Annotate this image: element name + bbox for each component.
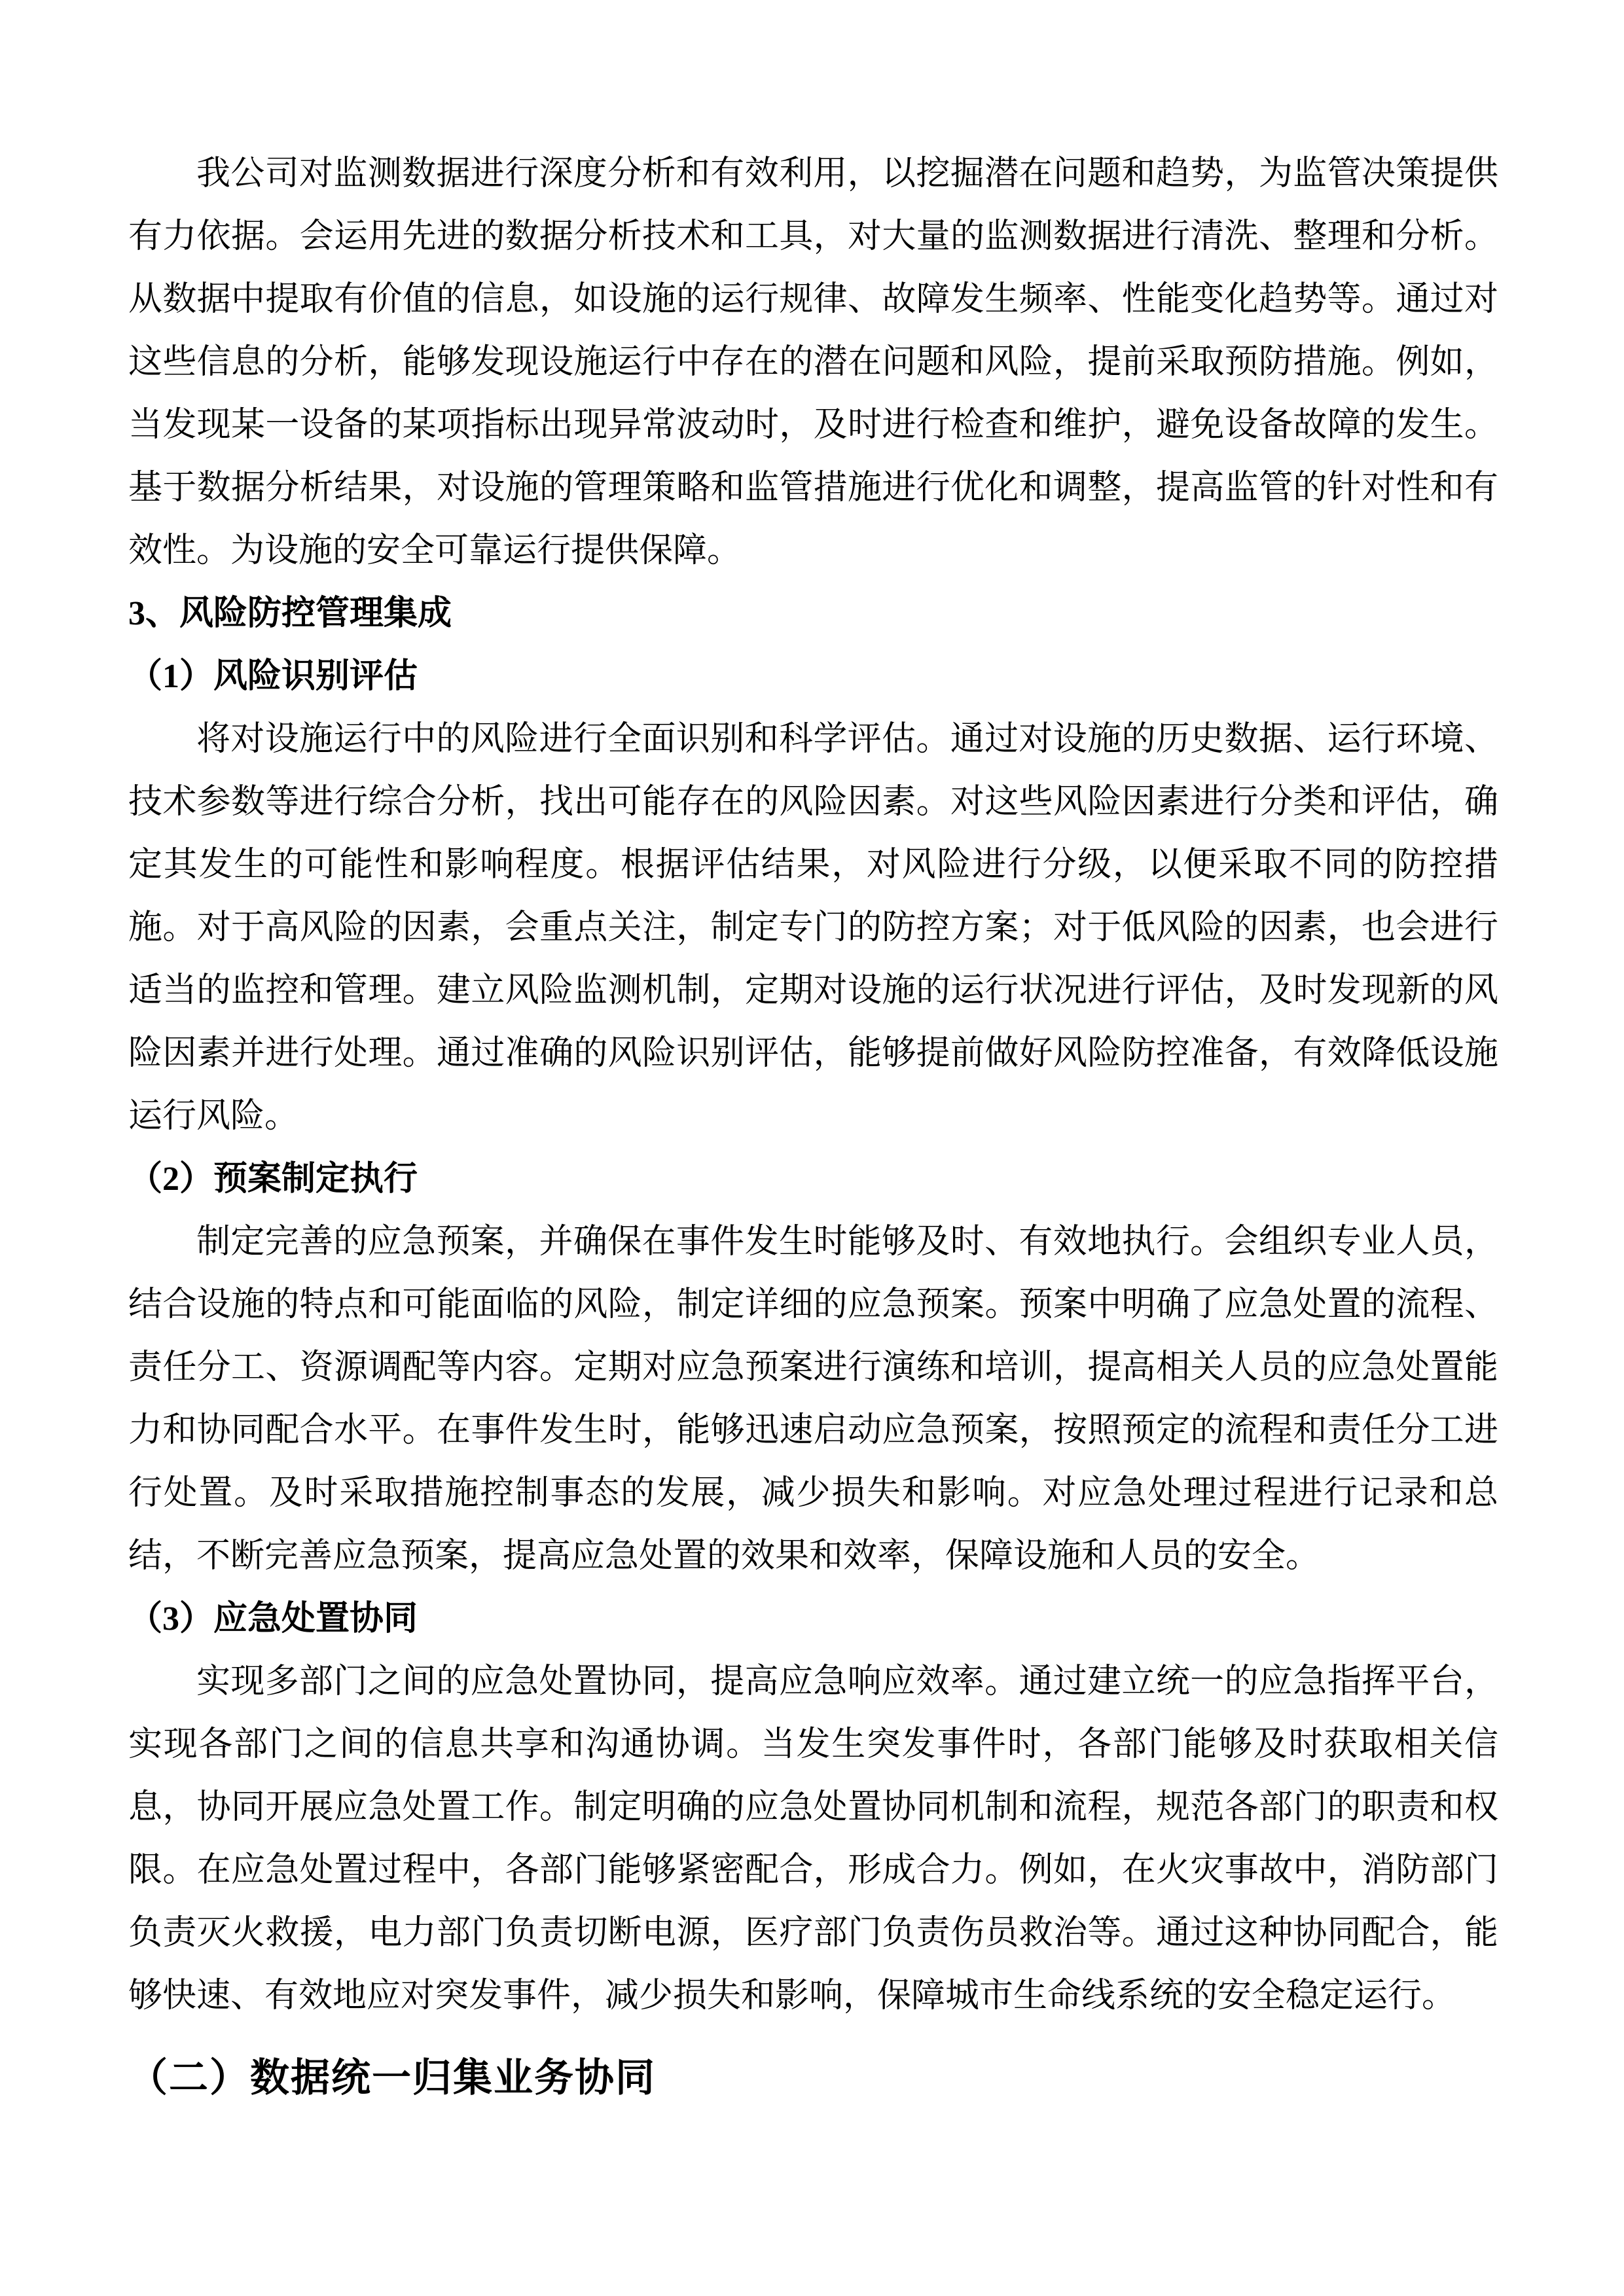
section-heading: （2）预案制定执行 (128, 1148, 1498, 1211)
body-paragraph: 我公司对监测数据进行深度分析和有效利用，以挖掘潜在问题和趋势，为监管决策提供有力… (128, 143, 1498, 583)
section-heading: 3、风险防控管理集成 (128, 583, 1498, 645)
body-paragraph: 实现多部门之间的应急处置协同，提高应急响应效率。通过建立统一的应急指挥平台，实现… (128, 1651, 1498, 2028)
section-heading: （3）应急处置协同 (128, 1588, 1498, 1651)
chapter-heading: （二）数据统一归集业务协同 (128, 2038, 1498, 2118)
section-heading: （1）风险识别评估 (128, 645, 1498, 708)
body-paragraph: 制定完善的应急预案，并确保在事件发生时能够及时、有效地执行。会组织专业人员，结合… (128, 1211, 1498, 1588)
body-paragraph: 将对设施运行中的风险进行全面识别和科学评估。通过对设施的历史数据、运行环境、技术… (128, 708, 1498, 1148)
document-page: 我公司对监测数据进行深度分析和有效利用，以挖掘潜在问题和趋势，为监管决策提供有力… (0, 0, 1624, 2296)
